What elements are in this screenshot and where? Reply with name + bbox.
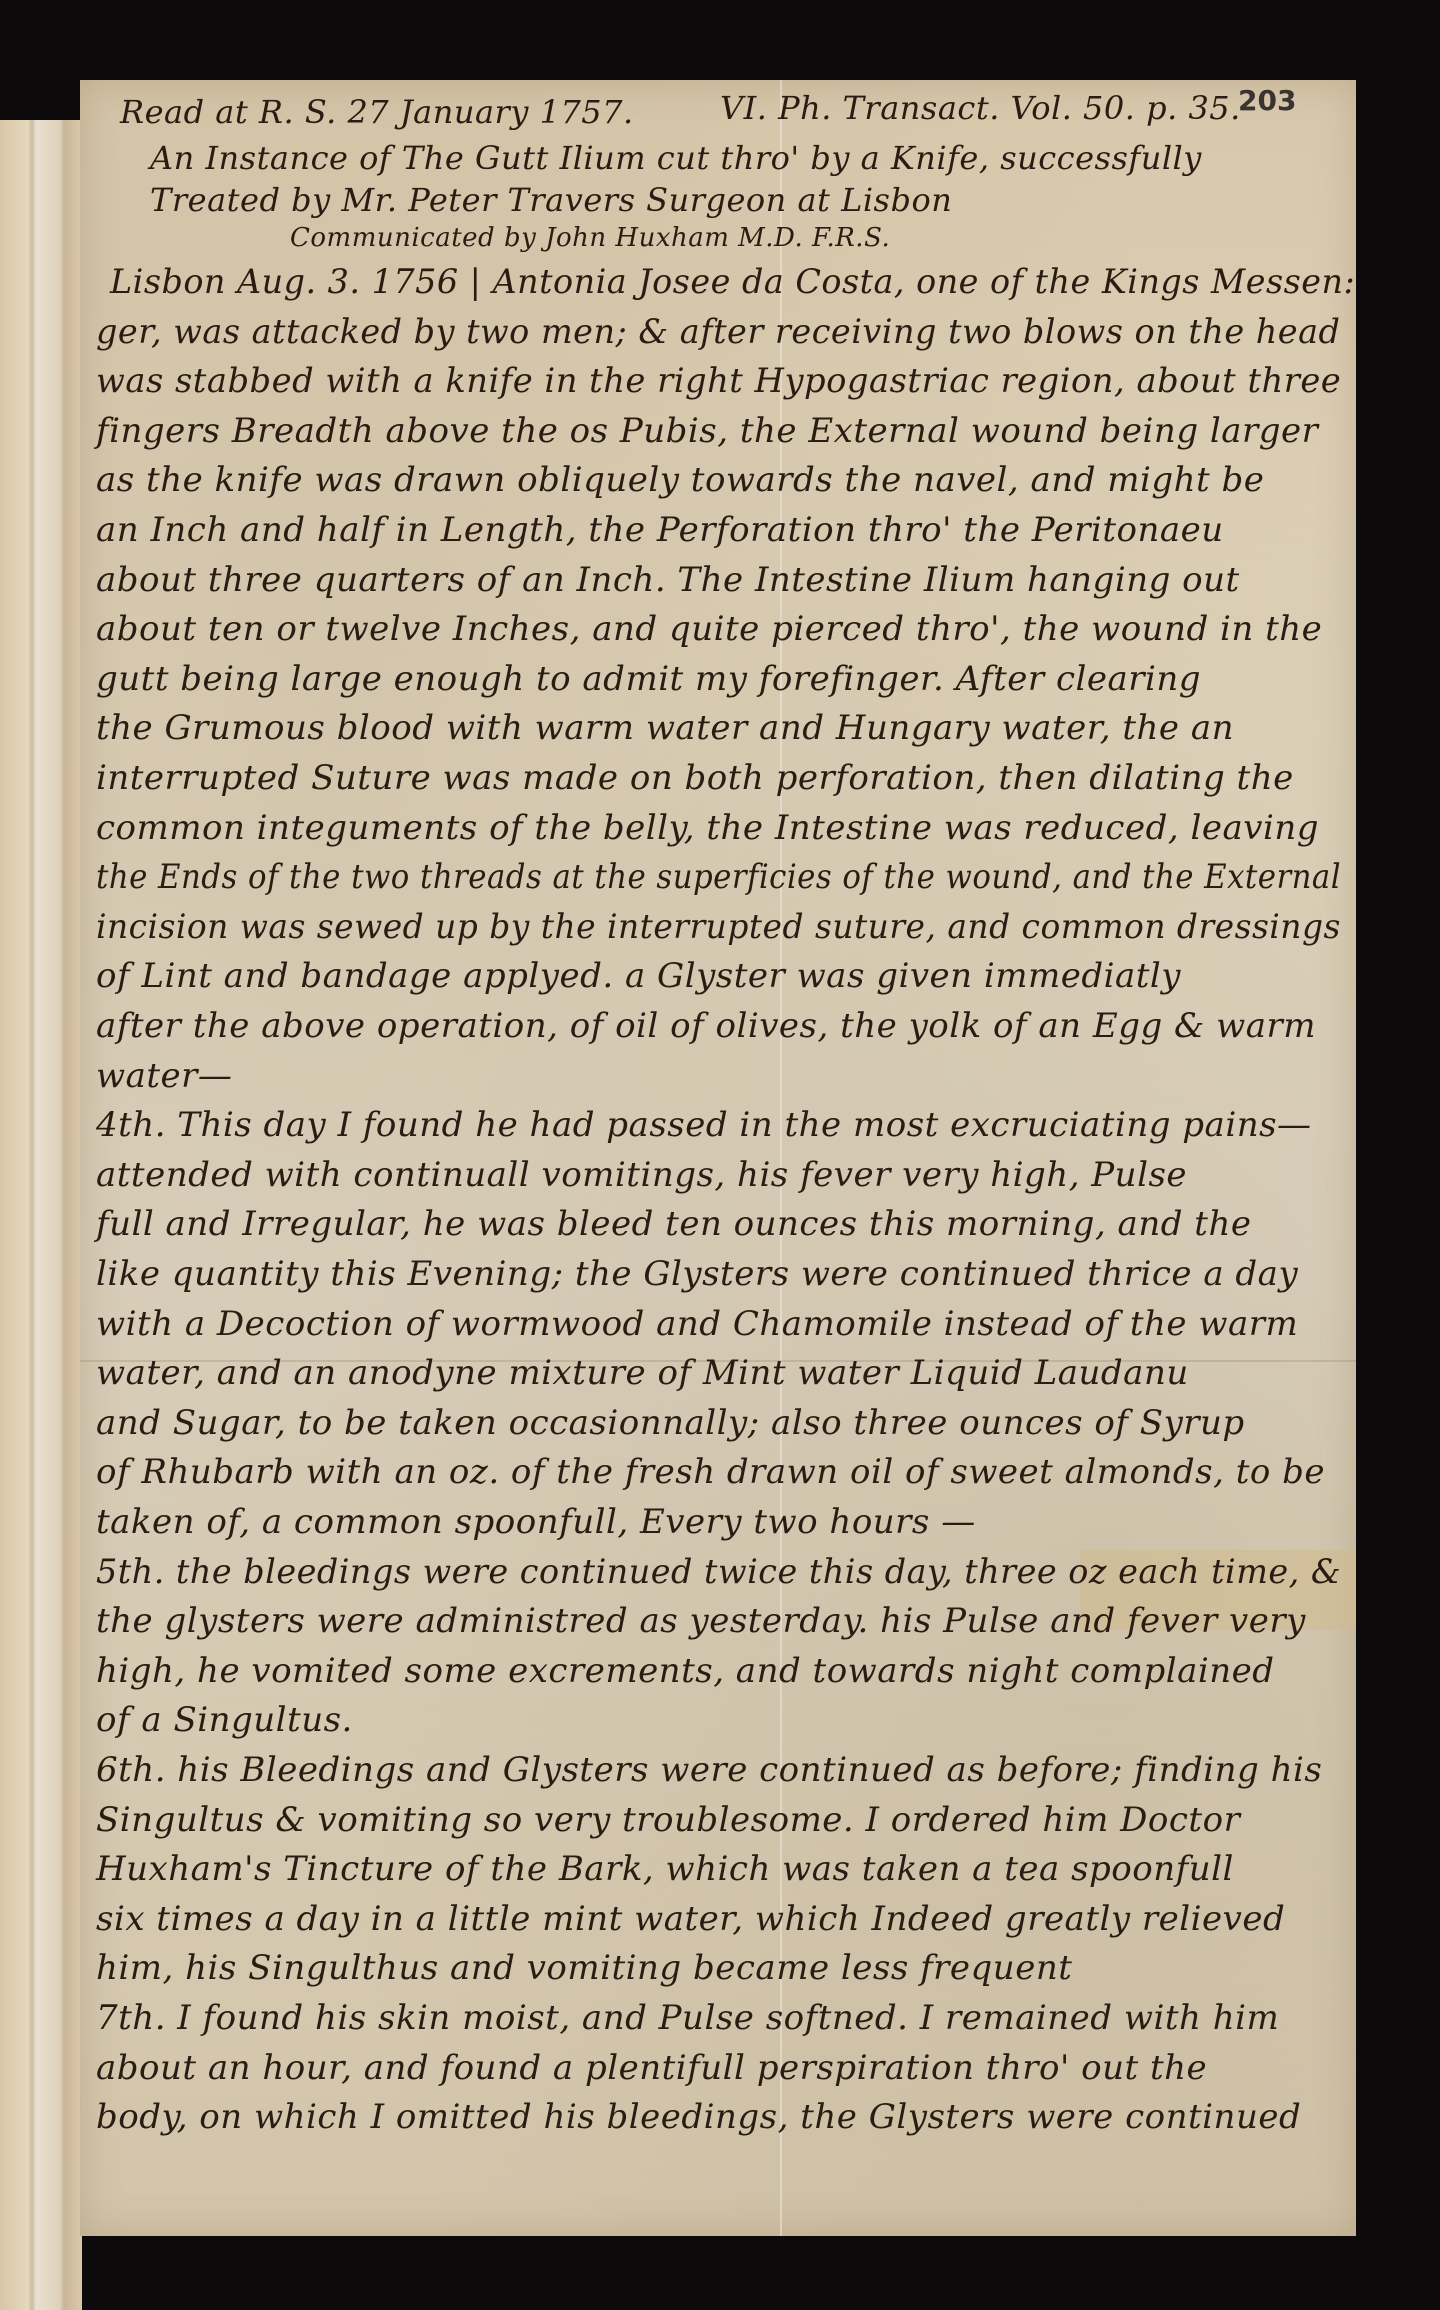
manuscript-line: fingers Breadth above the os Pubis, the …: [96, 411, 1318, 451]
reference-note: VI. Ph. Transact. Vol. 50. p. 35.: [720, 88, 1241, 128]
manuscript-line: water, and an anodyne mixture of Mint wa…: [96, 1353, 1189, 1393]
manuscript-line: like quantity this Evening; the Glysters…: [96, 1254, 1298, 1294]
manuscript-line: attended with continuall vomitings, his …: [96, 1155, 1187, 1195]
manuscript-line: about three quarters of an Inch. The Int…: [96, 560, 1240, 600]
manuscript-line: 6th. his Bleedings and Glysters were con…: [96, 1750, 1322, 1790]
manuscript-line: him, his Singulthus and vomiting became …: [96, 1948, 1072, 1988]
manuscript-line: gutt being large enough to admit my fore…: [96, 659, 1201, 699]
manuscript-line: of Rhubarb with an oz. of the fresh draw…: [96, 1452, 1325, 1492]
title-line-1: An Instance of The Gutt Ilium cut thro' …: [150, 138, 1202, 178]
manuscript-line: 4th. This day I found he had passed in t…: [96, 1105, 1312, 1145]
manuscript-line: full and Irregular, he was bleed ten oun…: [96, 1204, 1251, 1244]
manuscript-line: Huxham's Tincture of the Bark, which was…: [96, 1849, 1234, 1889]
manuscript-line: 5th. the bleedings were continued twice …: [96, 1552, 1341, 1592]
manuscript-line: high, he vomited some excrements, and to…: [96, 1651, 1275, 1691]
manuscript-line: Singultus & vomiting so very troublesome…: [96, 1800, 1240, 1840]
manuscript-line: water—: [96, 1056, 232, 1096]
manuscript-line: common integuments of the belly, the Int…: [96, 808, 1319, 848]
manuscript-line: about an hour, and found a plentifull pe…: [96, 2048, 1207, 2088]
title-line-2: Treated by Mr. Peter Travers Surgeon at …: [150, 180, 952, 220]
manuscript-line: 7th. I found his skin moist, and Pulse s…: [96, 1998, 1279, 2038]
manuscript-line: about ten or twelve Inches, and quite pi…: [96, 609, 1322, 649]
manuscript-line: was stabbed with a knife in the right Hy…: [96, 361, 1341, 401]
manuscript-line: interrupted Suture was made on both perf…: [96, 758, 1294, 798]
read-note: Read at R. S. 27 January 1757.: [120, 92, 634, 132]
manuscript-line: taken of, a common spoonfull, Every two …: [96, 1502, 976, 1542]
manuscript-line: incision was sewed up by the interrupted…: [96, 907, 1341, 947]
manuscript-text: 203 Read at R. S. 27 January 1757. VI. P…: [0, 0, 1440, 2310]
manuscript-line: Lisbon Aug. 3. 1756 | Antonia Josee da C…: [110, 262, 1355, 302]
manuscript-line: and Sugar, to be taken occasionnally; al…: [96, 1403, 1245, 1443]
manuscript-line: the glysters were administred as yesterd…: [96, 1601, 1306, 1641]
manuscript-line: of a Singultus.: [96, 1700, 353, 1740]
manuscript-line: ger, was attacked by two men; & after re…: [96, 312, 1340, 352]
folio-number: 203: [1238, 84, 1296, 117]
manuscript-line: six times a day in a little mint water, …: [96, 1899, 1285, 1939]
manuscript-line: after the above operation, of oil of oli…: [96, 1006, 1316, 1046]
manuscript-line: an Inch and half in Length, the Perforat…: [96, 510, 1224, 550]
manuscript-line: with a Decoction of wormwood and Chamomi…: [96, 1304, 1298, 1344]
manuscript-line: the Grumous blood with warm water and Hu…: [96, 708, 1234, 748]
manuscript-line: the Ends of the two threads at the super…: [96, 857, 1341, 897]
manuscript-line: as the knife was drawn obliquely towards…: [96, 460, 1264, 500]
manuscript-line: of Lint and bandage applyed. a Glyster w…: [96, 956, 1181, 996]
manuscript-line: body, on which I omitted his bleedings, …: [96, 2097, 1301, 2137]
communicated-by: Communicated by John Huxham M.D. F.R.S.: [290, 218, 890, 258]
